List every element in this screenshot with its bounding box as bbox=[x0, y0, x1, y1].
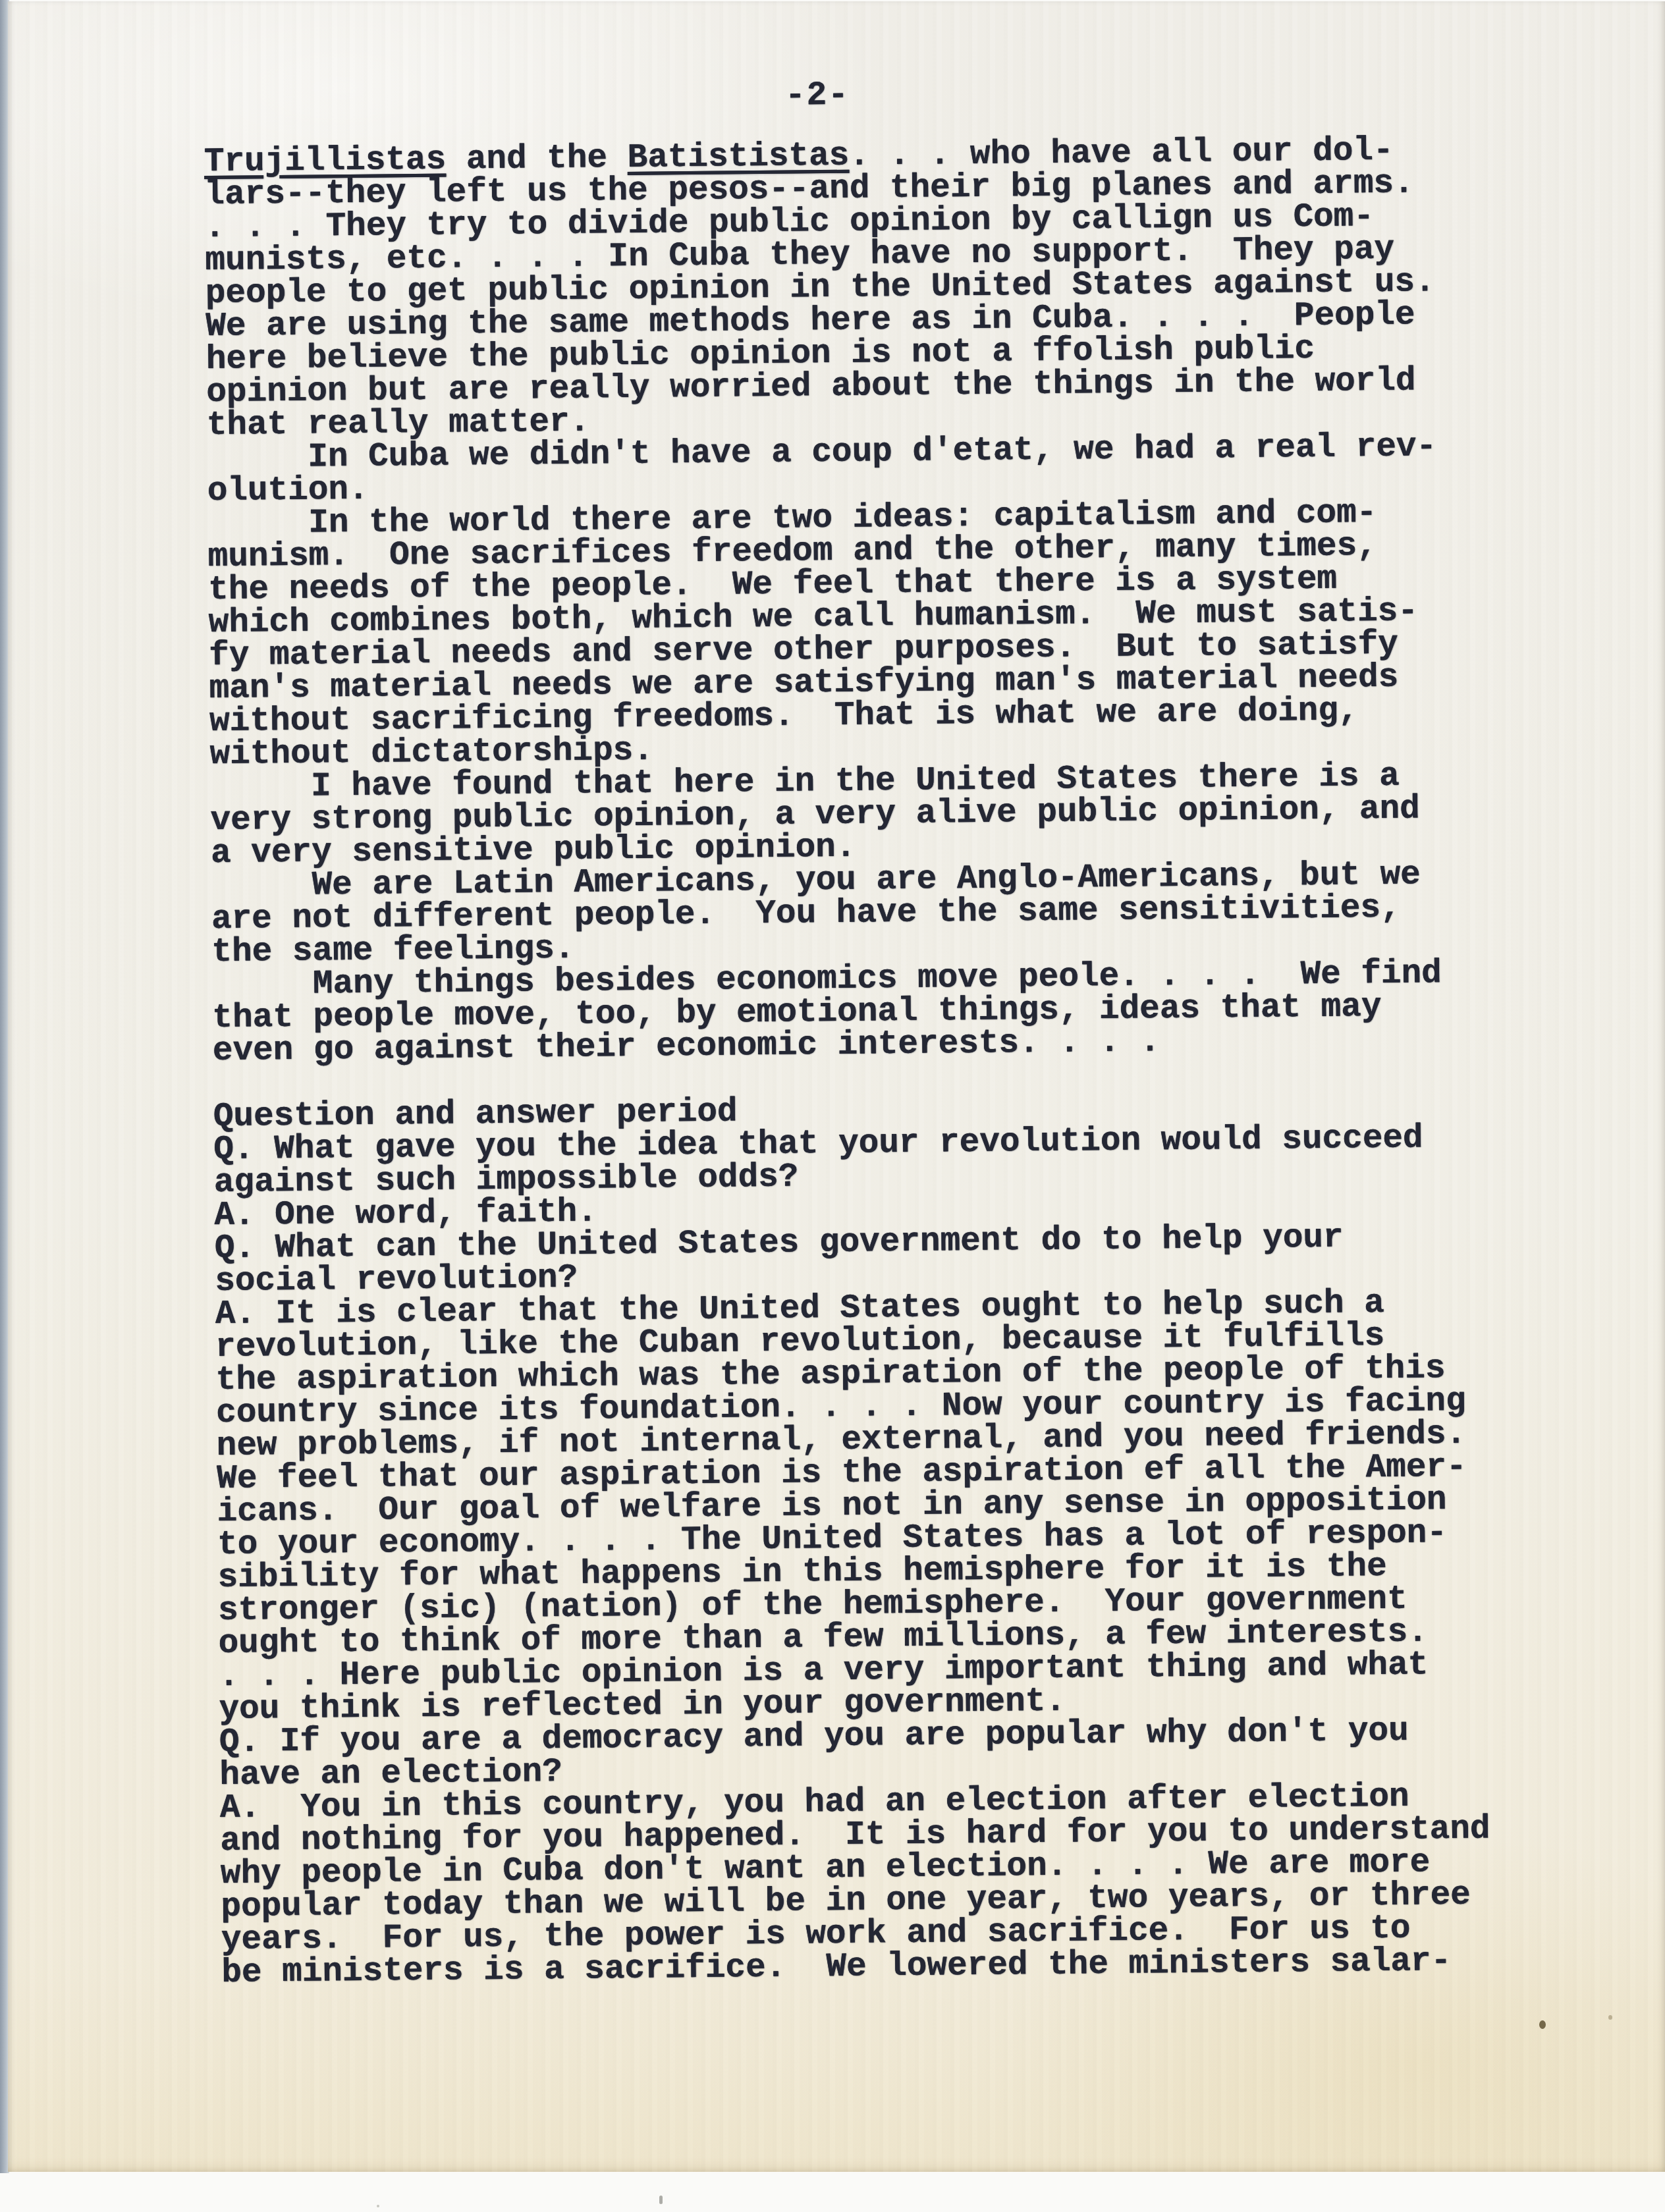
document-text: Trujillistas and the Batististas. . . wh… bbox=[204, 134, 1492, 1990]
typewritten-text-layer: -2- Trujillistas and the Batististas. . … bbox=[0, 0, 1665, 2212]
page-number: -2- bbox=[785, 77, 850, 115]
